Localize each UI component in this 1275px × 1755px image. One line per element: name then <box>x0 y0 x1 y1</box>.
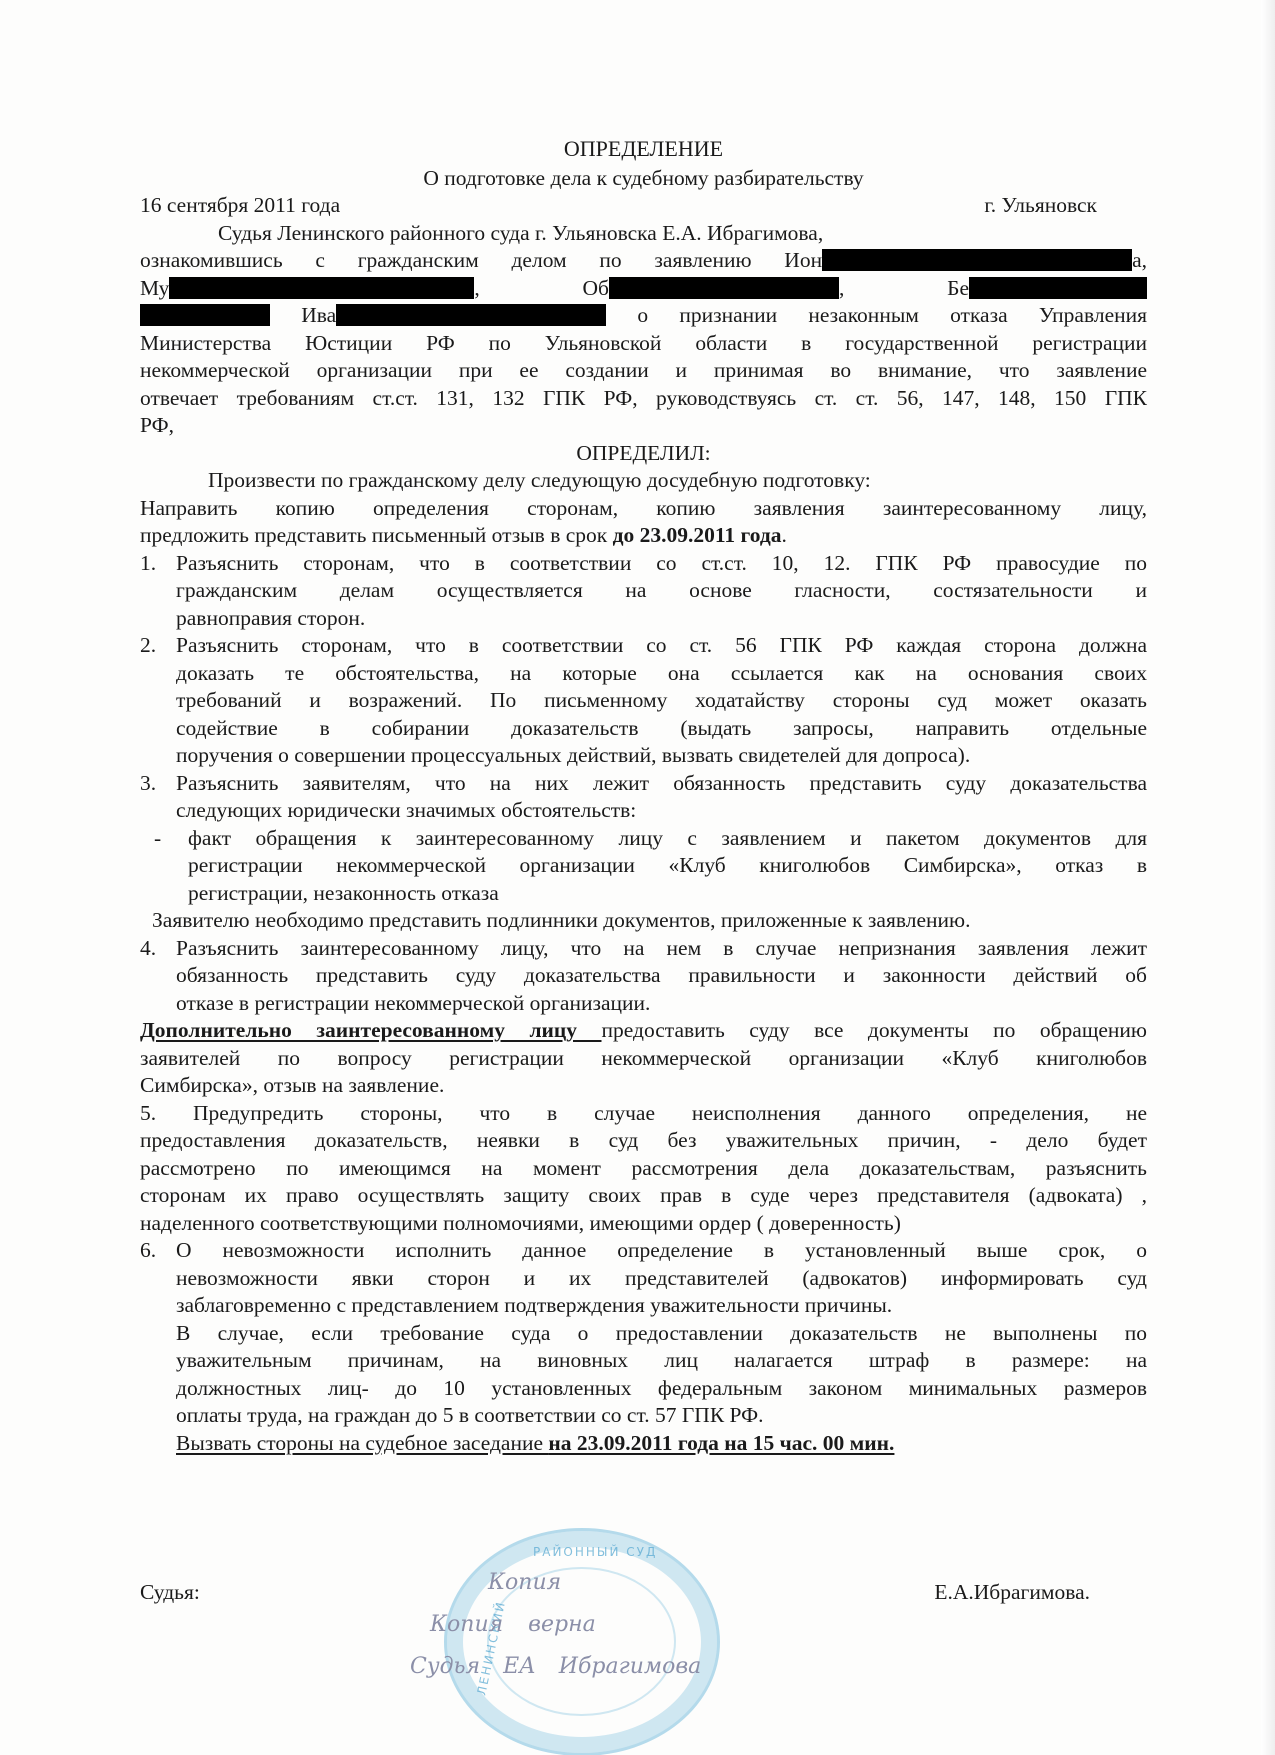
court-seal-stamp: РАЙОННЫЙ СУД ЛЕНИНСКИЙ <box>444 1528 720 1755</box>
intro-line-5: Министерства Юстиции РФ по Ульяновской о… <box>140 330 1147 358</box>
document-page: ОПРЕДЕЛЕНИЕ О подготовке дела к судебном… <box>0 0 1275 1755</box>
originals-note: Заявителю необходимо представить подлинн… <box>140 907 1147 935</box>
additional-line-2: заявителей по вопросу регистрации некомм… <box>140 1045 1147 1073</box>
document-date: 16 сентября 2011 года <box>140 192 340 220</box>
deadline-date: до 23.09.2011 года <box>613 523 782 547</box>
hearing-datetime: на 23.09.2011 года на 15 час. 00 мин. <box>548 1431 894 1455</box>
list-item-6: 6. О невозможности исполнить данное опре… <box>140 1237 1147 1457</box>
redaction-bar <box>336 304 606 326</box>
intro-line-3: Му, Об, Бе <box>140 275 1147 303</box>
document-city: г. Ульяновск <box>984 192 1097 220</box>
redaction-bar <box>169 277 474 299</box>
list-item-3: 3. Разъяснить заявителям, что на них леж… <box>140 770 1147 825</box>
list-item-1: 1. Разъяснить сторонам, что в соответств… <box>140 550 1147 633</box>
summon-line: Вызвать стороны на судебное заседание на… <box>176 1430 1147 1458</box>
stamp-top-text: РАЙОННЫЙ СУД <box>533 1545 657 1559</box>
list-item-2: 2. Разъяснить сторонам, что в соответств… <box>140 632 1147 770</box>
list-item-4: 4. Разъяснить заинтересованному лицу, чт… <box>140 935 1147 1018</box>
redaction-bar <box>609 277 839 299</box>
intro-line-8: РФ, <box>140 412 1147 440</box>
additional-line-3: Симбирска», отзыв на заявление. <box>140 1072 1147 1100</box>
additional-heading: Дополнительно заинтересованному лицу <box>140 1018 602 1042</box>
redaction-bar <box>822 249 1132 271</box>
date-city-row: 16 сентября 2011 года г. Ульяновск <box>140 192 1147 220</box>
document-title: ОПРЕДЕЛЕНИЕ <box>140 135 1147 163</box>
intro-line-7: отвечает требованиям ст.ст. 131, 132 ГПК… <box>140 385 1147 413</box>
judge-name: Е.А.Ибрагимова. <box>934 1580 1090 1605</box>
intro-line-2: ознакомившись с гражданским делом по зая… <box>140 247 1147 275</box>
send-copy-line-1: Направить копию определения сторонам, ко… <box>140 495 1147 523</box>
handwritten-line-1: Копия <box>488 1570 561 1595</box>
send-copy-line-2: предложить представить письменный отзыв … <box>140 522 1147 550</box>
intro-line-4: Ива о признании незаконным отказа Управл… <box>140 302 1147 330</box>
intro-line-6: некоммерческой организации при ее создан… <box>140 357 1147 385</box>
document-body: ОПРЕДЕЛЕНИЕ О подготовке дела к судебном… <box>140 135 1147 1457</box>
additional-line-1: Дополнительно заинтересованному лицу пре… <box>140 1017 1147 1045</box>
handwritten-line-3: Судья ЕА Ибрагимова <box>410 1654 701 1679</box>
decided-heading: ОПРЕДЕЛИЛ: <box>140 440 1147 468</box>
document-subtitle: О подготовке дела к судебному разбирател… <box>140 165 1147 193</box>
handwritten-line-2: Копия верна <box>430 1612 596 1637</box>
fact-bullet-item: - факт обращения к заинтересованному лиц… <box>140 825 1147 908</box>
preamble: Произвести по гражданскому делу следующу… <box>140 467 1147 495</box>
intro-line-1: Судья Ленинского районного суда г. Ульян… <box>140 220 1147 248</box>
redaction-bar <box>140 304 270 326</box>
redaction-bar <box>969 277 1147 299</box>
list-item-5: 5. Предупредить стороны, что в случае не… <box>140 1100 1147 1128</box>
scan-edge <box>1261 0 1275 1755</box>
signature-label: Судья: <box>140 1580 200 1605</box>
